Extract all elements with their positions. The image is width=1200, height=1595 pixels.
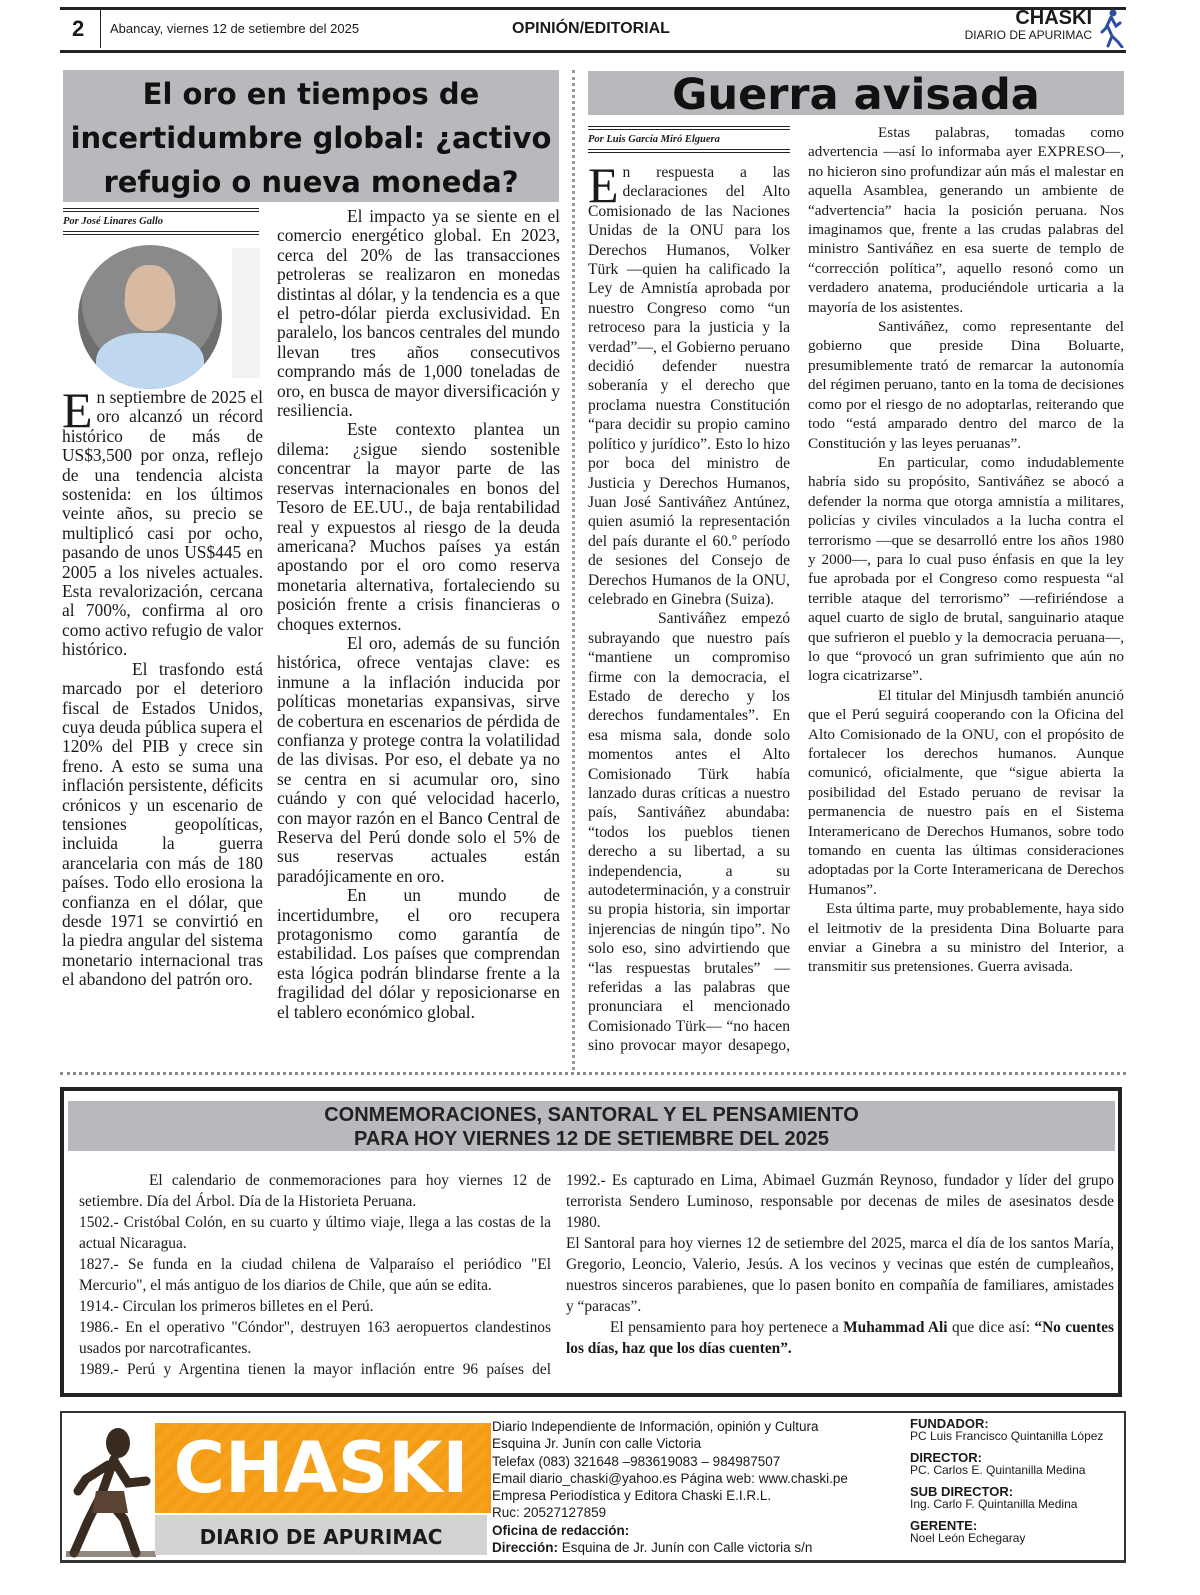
section-separator: [60, 1072, 1126, 1075]
thought-of-the-day: El pensamiento para hoy pertenece a Muha…: [566, 1317, 1114, 1359]
staff-entry: SUB DIRECTOR:Ing. Carlo F. Quintanilla M…: [910, 1485, 1103, 1511]
event-item: 1989.- Perú y Argentina tienen la mayor …: [79, 1359, 551, 1380]
article2-byline: Por Luis García Miró Elguera: [588, 134, 790, 145]
staff-entry: GERENTE:Noel León Echegaray: [910, 1519, 1103, 1545]
commemorations-left-column: El calendario de conmemoraciones para ho…: [79, 1170, 551, 1380]
page-number: 2: [72, 16, 84, 42]
commemorations-title: CONMEMORACIONES, SANTORAL Y EL PENSAMIEN…: [68, 1101, 1115, 1151]
header-brand: CHASKI DIARIO DE APURIMAC: [965, 8, 1092, 43]
chaski-runner-icon: [1098, 8, 1124, 48]
article2-paragraph: Estas palabras, tomadas como advertencia…: [808, 123, 1124, 317]
article1-headline: El oro en tiempos de incertidumbre globa…: [63, 70, 559, 202]
commemorations-intro: El calendario de conmemoraciones para ho…: [79, 1170, 551, 1212]
article2-column2: Estas palabras, tomadas como advertencia…: [808, 123, 1124, 977]
office-label: Oficina de redacción:: [492, 1522, 848, 1539]
author-photo: [78, 245, 222, 389]
event-item: 1992.- Es capturado en Lima, Abimael Guz…: [566, 1170, 1114, 1233]
article2-paragraph: Esta última parte, muy probablemente, ha…: [808, 899, 1124, 977]
logo-tagline: DIARIO DE APURIMAC: [155, 1515, 487, 1555]
author-photo-head: [125, 265, 175, 331]
chaski-runner-logo-icon: [66, 1421, 156, 1561]
commemorations-box: CONMEMORACIONES, SANTORAL Y EL PENSAMIEN…: [60, 1087, 1122, 1397]
author-photo-shirt: [96, 333, 204, 389]
info-line: Empresa Periodística y Editora Chaski E.…: [492, 1487, 848, 1504]
event-item: 1502.- Cristóbal Colón, en su cuarto y ú…: [79, 1212, 551, 1254]
santoral-text: El Santoral para hoy viernes 12 de setie…: [566, 1233, 1114, 1317]
staff-entry: FUNDADOR:PC Luis Francisco Quintanilla L…: [910, 1417, 1103, 1443]
article1-paragraph: En septiembre de 2025 el oro alcanzó un …: [62, 388, 263, 660]
article2-paragraph: En particular, como indudablemente habrí…: [808, 453, 1124, 686]
info-line: Telefax (083) 321648 –983619083 – 984987…: [492, 1453, 848, 1470]
article2-byline-block: Por Luis García Miró Elguera: [588, 126, 790, 153]
article2-paragraph: Santiváñez, como representante del gobie…: [808, 317, 1124, 453]
staff-entry: DIRECTOR:PC. Carlos E. Quintanilla Medin…: [910, 1451, 1103, 1477]
thought-author: Muhammad Ali: [843, 1319, 947, 1336]
header-bottom-rule: [60, 50, 1126, 53]
header-divider: [100, 10, 101, 48]
article2-paragraph: En respuesta a las declaraciones del Alt…: [588, 163, 790, 609]
commemorations-right-column: 1992.- Es capturado en Lima, Abimael Guz…: [566, 1170, 1114, 1359]
section-title: OPINIÓN/EDITORIAL: [512, 20, 670, 38]
article1-column2: El impacto ya se siente en el comercio e…: [277, 207, 560, 1022]
logo-accent-bar: [487, 1423, 491, 1513]
publisher-info: Diario Independiente de Información, opi…: [492, 1418, 848, 1556]
event-item: 1914.- Circulan los primeros billetes en…: [79, 1296, 551, 1317]
article1-paragraph: El trasfondo está marcado por el deterio…: [62, 660, 263, 990]
article2-headline: Guerra avisada: [588, 71, 1124, 115]
article1-paragraph: Este contexto plantea un dilema: ¿sigue …: [277, 420, 560, 633]
article1-paragraph: El impacto ya se siente en el comercio e…: [277, 207, 560, 420]
info-line: Diario Independiente de Información, opi…: [492, 1418, 848, 1435]
brand-name: CHASKI: [965, 8, 1092, 28]
article1-dropcap: E: [62, 390, 93, 430]
article2-column1: En respuesta a las declaraciones del Alt…: [588, 163, 790, 1058]
photo-background-panel: [232, 248, 260, 378]
header-date: Abancay, viernes 12 de setiembre del 202…: [110, 21, 359, 36]
address-line: Dirección: Esquina de Jr. Junín con Call…: [492, 1539, 848, 1556]
article1-column1: En septiembre de 2025 el oro alcanzó un …: [62, 388, 263, 990]
column-separator: [572, 70, 575, 1070]
article2-dropcap: E: [588, 165, 619, 205]
article1-paragraph: El oro, además de su función histórica, …: [277, 634, 560, 886]
article2-paragraph: Santiváñez empezó subrayando que nuestro…: [588, 609, 790, 1058]
article1-byline: Por José Linares Gallo: [63, 216, 259, 227]
brand-tagline: DIARIO DE APURIMAC: [965, 28, 1092, 43]
event-item: 1986.- En el operativo "Cóndor", destruy…: [79, 1317, 551, 1359]
logo-banner: CHASKI: [155, 1423, 487, 1513]
masthead-footer: CHASKI DIARIO DE APURIMAC Diario Indepen…: [60, 1411, 1126, 1563]
info-line: Esquina Jr. Junín con calle Victoria: [492, 1435, 848, 1452]
info-line: Ruc: 20527127859: [492, 1504, 848, 1521]
staff-list: FUNDADOR:PC Luis Francisco Quintanilla L…: [910, 1417, 1103, 1553]
article2-paragraph: El titular del Minjusdh también anunció …: [808, 686, 1124, 899]
logo-name: CHASKI: [155, 1423, 487, 1513]
article1-byline-block: Por José Linares Gallo: [63, 208, 259, 235]
info-line: Email diario_chaski@yahoo.es Página web:…: [492, 1470, 848, 1487]
article1-paragraph: En un mundo de incertidumbre, el oro rec…: [277, 886, 560, 1022]
event-item: 1827.- Se funda en la ciudad chilena de …: [79, 1254, 551, 1296]
